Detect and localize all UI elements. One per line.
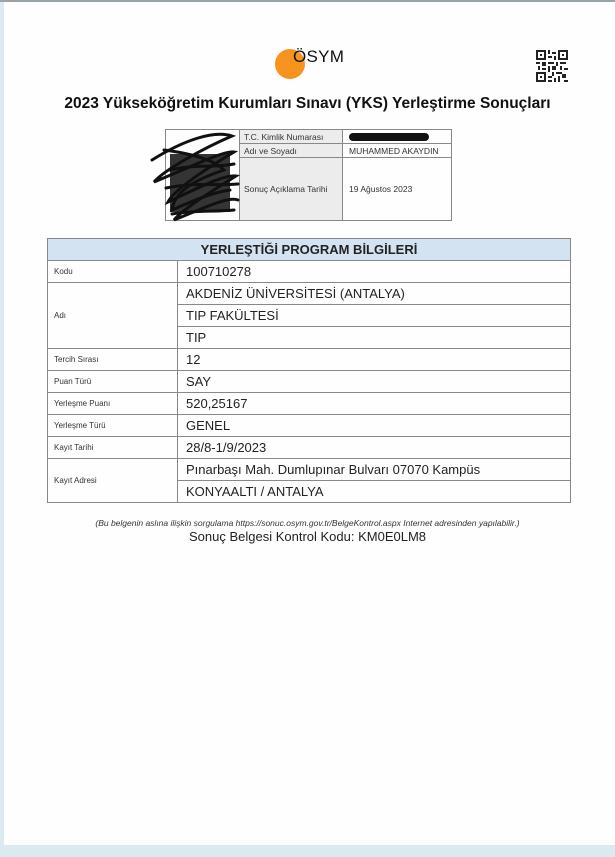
program-row-values: 100710278 bbox=[178, 261, 570, 282]
candidate-photo bbox=[166, 130, 240, 220]
program-row-values: 520,25167 bbox=[178, 393, 570, 414]
tc-number-label: T.C. Kimlik Numarası bbox=[240, 130, 343, 143]
program-row-value: KONYAALTI / ANTALYA bbox=[178, 481, 570, 502]
tc-number-value bbox=[343, 130, 451, 143]
program-row: AdıAKDENİZ ÜNİVERSİTESİ (ANTALYA)TIP FAK… bbox=[48, 283, 570, 349]
program-row-values: 12 bbox=[178, 349, 570, 370]
program-row-values: AKDENİZ ÜNİVERSİTESİ (ANTALYA)TIP FAKÜLT… bbox=[178, 283, 570, 348]
program-row-label: Tercih Sırası bbox=[48, 349, 178, 370]
program-row: Kodu100710278 bbox=[48, 261, 570, 283]
result-date-row: Sonuç Açıklama Tarihi 19 Ağustos 2023 bbox=[240, 158, 451, 220]
program-row-label: Adı bbox=[48, 283, 178, 348]
redaction-bar bbox=[349, 133, 429, 141]
program-row-value: TIP FAKÜLTESİ bbox=[178, 305, 570, 327]
tc-number-row: T.C. Kimlik Numarası bbox=[240, 130, 451, 144]
program-row: Yerleşme TürüGENEL bbox=[48, 415, 570, 437]
program-info-header: YERLEŞTİĞİ PROGRAM BİLGİLERİ bbox=[48, 239, 570, 261]
program-row: Kayıt AdresiPınarbaşı Mah. Dumlupınar Bu… bbox=[48, 459, 570, 502]
program-row-value: 100710278 bbox=[178, 261, 570, 282]
program-row-value: TIP bbox=[178, 327, 570, 348]
full-name-value: MUHAMMED AKAYDIN bbox=[343, 144, 451, 157]
redaction-scribble-icon bbox=[144, 130, 244, 226]
osym-logo: ÖSYM bbox=[275, 45, 385, 81]
program-row-value: Pınarbaşı Mah. Dumlupınar Bulvarı 07070 … bbox=[178, 459, 570, 481]
qr-code-icon bbox=[536, 50, 568, 82]
program-row-value: 12 bbox=[178, 349, 570, 370]
candidate-identity-box: T.C. Kimlik Numarası Adı ve Soyadı MUHAM… bbox=[165, 129, 452, 221]
full-name-row: Adı ve Soyadı MUHAMMED AKAYDIN bbox=[240, 144, 451, 158]
result-date-value: 19 Ağustos 2023 bbox=[343, 158, 451, 220]
program-row-value: GENEL bbox=[178, 415, 570, 436]
program-row-value: 520,25167 bbox=[178, 393, 570, 414]
program-row: Puan TürüSAY bbox=[48, 371, 570, 393]
program-row-values: GENEL bbox=[178, 415, 570, 436]
program-row: Tercih Sırası12 bbox=[48, 349, 570, 371]
program-row-label: Yerleşme Türü bbox=[48, 415, 178, 436]
program-row-label: Yerleşme Puanı bbox=[48, 393, 178, 414]
program-row-values: 28/8-1/9/2023 bbox=[178, 437, 570, 458]
program-row-label: Kayıt Adresi bbox=[48, 459, 178, 502]
program-row-values: SAY bbox=[178, 371, 570, 392]
program-row: Yerleşme Puanı520,25167 bbox=[48, 393, 570, 415]
program-row-value: 28/8-1/9/2023 bbox=[178, 437, 570, 458]
program-row-label: Kodu bbox=[48, 261, 178, 282]
page-title: 2023 Yükseköğretim Kurumları Sınavı (YKS… bbox=[0, 95, 615, 113]
program-info-table: YERLEŞTİĞİ PROGRAM BİLGİLERİ Kodu1007102… bbox=[47, 238, 571, 503]
logo-text: ÖSYM bbox=[293, 47, 344, 67]
program-row: Kayıt Tarihi28/8-1/9/2023 bbox=[48, 437, 570, 459]
program-row-value: AKDENİZ ÜNİVERSİTESİ (ANTALYA) bbox=[178, 283, 570, 305]
control-code: Sonuç Belgesi Kontrol Kodu: KM0E0LM8 bbox=[0, 529, 615, 544]
program-row-label: Puan Türü bbox=[48, 371, 178, 392]
program-row-value: SAY bbox=[178, 371, 570, 392]
verification-note: (Bu belgenin aslına ilişkin sorgulama ht… bbox=[0, 518, 615, 528]
program-row-label: Kayıt Tarihi bbox=[48, 437, 178, 458]
full-name-label: Adı ve Soyadı bbox=[240, 144, 343, 157]
program-row-values: Pınarbaşı Mah. Dumlupınar Bulvarı 07070 … bbox=[178, 459, 570, 502]
result-date-label: Sonuç Açıklama Tarihi bbox=[240, 158, 343, 220]
